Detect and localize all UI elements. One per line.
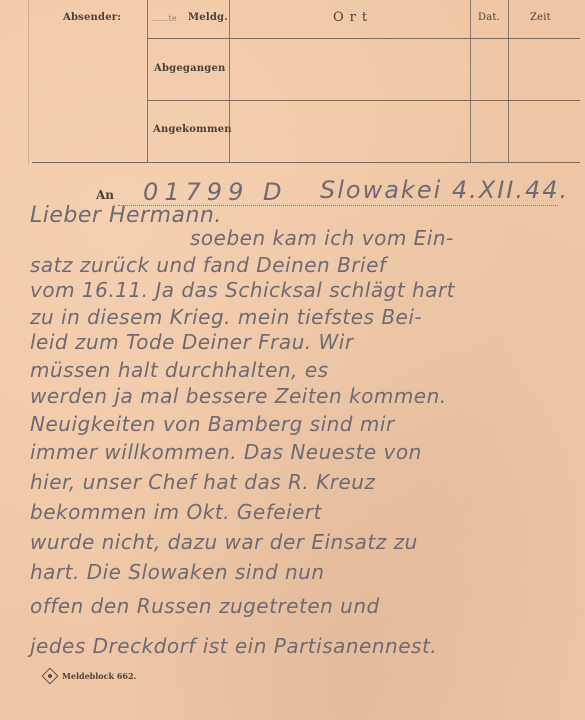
grid-line [147,100,580,101]
recipient-field-post-number: 01799 D [143,178,287,206]
grid-line [147,38,580,39]
form-footer: Meldeblock 662. [44,670,136,682]
letter-line: hart. Die Slowaken sind nun [30,560,325,584]
letter-line: zu in diesem Krieg. mein tiefstes Bei- [30,305,422,329]
letter-line: wurde nicht, dazu war der Einsatz zu [30,530,418,554]
place-date: Slowakei 4.XII.44. [320,176,569,204]
place-label: Ort [333,10,373,25]
message-no-label: Meldg. [188,12,228,23]
grid-line [470,0,471,162]
grid-line [32,162,580,163]
letter-line: immer willkommen. Das Neueste von [30,440,422,464]
grid-line [147,0,148,162]
form-header: Absender: ......te Meldg. Ort Dat. Zeit … [0,0,585,165]
letter-line: werden ja mal bessere Zeiten kommen. [30,384,447,408]
grid-line [229,0,230,162]
letter-line: bekommen im Okt. Gefeiert [30,500,322,524]
sender-label: Absender: [63,12,121,23]
grid-line [508,0,509,162]
letter-line: leid zum Tode Deiner Frau. Wir [30,330,354,354]
form-number: Meldeblock 662. [62,671,136,681]
letter-line: hier, unser Chef hat das R. Kreuz [30,470,375,494]
time-label: Zeit [530,12,551,23]
arrived-label: Angekommen [153,124,232,135]
emblem-icon [42,668,59,685]
letter-line: offen den Russen zugetreten und [30,594,380,618]
letter-line: jedes Dreckdorf ist ein Partisanennest. [30,634,437,658]
letter-line: Lieber Hermann. [30,203,222,228]
letter-line: vom 16.11. Ja das Schicksal schlägt hart [30,278,455,302]
departed-label: Abgegangen [154,63,225,74]
message-no-prefix: ......te [152,14,177,23]
letter-line: satz zurück und fand Deinen Brief [30,253,386,277]
recipient-label: An [96,188,114,202]
grid-line [28,0,29,165]
letter-line: Neuigkeiten von Bamberg sind mir [30,412,395,436]
date-label: Dat. [478,12,500,23]
letter-line: müssen halt durchhalten, es [30,358,329,382]
letter-line: soeben kam ich vom Ein- [190,226,454,250]
